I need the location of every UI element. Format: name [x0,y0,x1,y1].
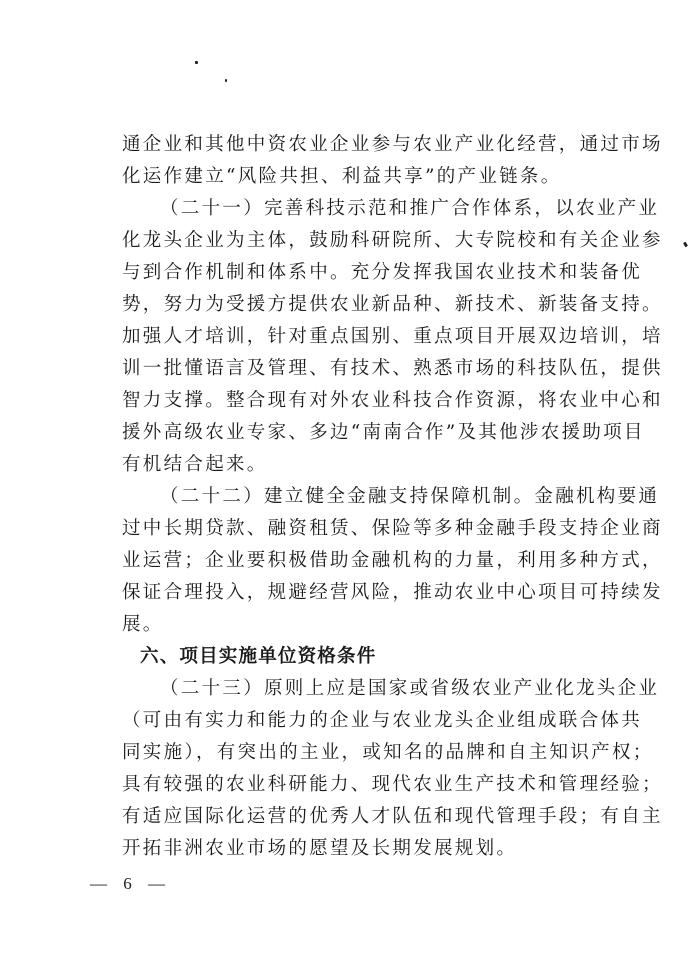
text-line: （二十一）完善科技示范和推广合作体系，以农业产业 [122,193,562,225]
section-heading: 六、项目实施单位资格条件 [122,641,562,673]
scan-speck [683,242,688,248]
scan-speck [225,79,227,82]
text-line: 过中长期贷款、融资租赁、保险等多种金融手段支持企业商 [122,513,562,545]
text-line: （二十三）原则上应是国家或省级农业产业化龙头企业 [122,673,562,705]
text-line: 化运作建立“风险共担、利益共享”的产业链条。 [122,161,562,193]
text-line: 势，努力为受援方提供农业新品种、新技术、新装备支持。 [122,289,562,321]
text-line: （可由有实力和能力的企业与农业龙头企业组成联合体共 [122,705,562,737]
text-line: 加强人才培训，针对重点国别、重点项目开展双边培训，培 [122,321,562,353]
text-line: 化龙头企业为主体，鼓励科研院所、大专院校和有关企业参 [122,225,562,257]
scan-speck [195,61,198,64]
text-line: 具有较强的农业科研能力、现代农业生产技术和管理经验； [122,769,562,801]
text-line: 援外高级农业专家、多边“南南合作”及其他涉农援助项目 [122,417,562,449]
text-line: 有机结合起来。 [122,449,562,481]
page-number: — 6 — [90,874,171,894]
text-line: 训一批懂语言及管理、有技术、熟悉市场的科技队伍，提供 [122,353,562,385]
text-line: （二十二）建立健全金融支持保障机制。金融机构要通 [122,481,562,513]
document-body: 通企业和其他中资农业企业参与农业产业化经营，通过市场 化运作建立“风险共担、利益… [122,129,562,865]
text-line: 展。 [122,609,562,641]
text-line: 通企业和其他中资农业企业参与农业产业化经营，通过市场 [122,129,562,161]
text-line: 业运营；企业要积极借助金融机构的力量，利用多种方式， [122,545,562,577]
text-line: 开拓非洲农业市场的愿望及长期发展规划。 [122,833,562,865]
text-line: 同实施），有突出的主业，或知名的品牌和自主知识产权； [122,737,562,769]
text-line: 与到合作机制和体系中。充分发挥我国农业技术和装备优 [122,257,562,289]
text-line: 有适应国际化运营的优秀人才队伍和现代管理手段；有自主 [122,801,562,833]
text-line: 保证合理投入，规避经营风险，推动农业中心项目可持续发 [122,577,562,609]
text-line: 智力支撑。整合现有对外农业科技合作资源，将农业中心和 [122,385,562,417]
